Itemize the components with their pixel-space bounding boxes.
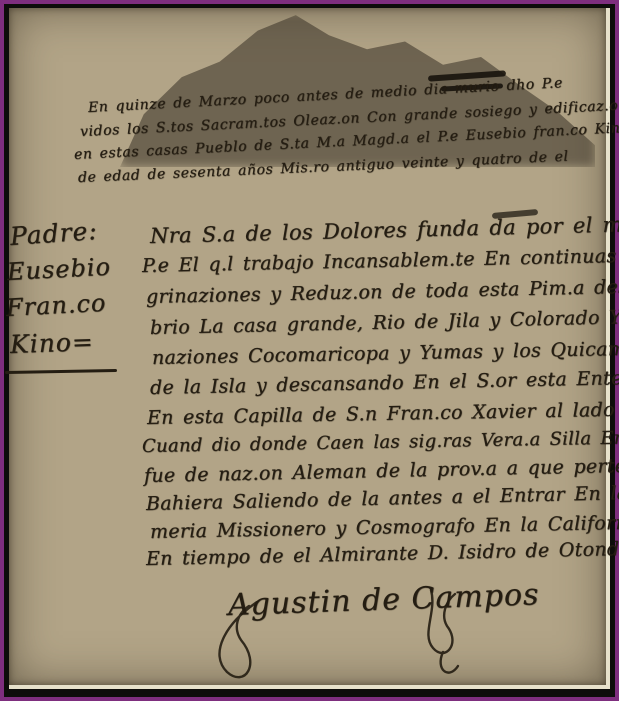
signature-rubric bbox=[195, 582, 485, 700]
margin-note-line: Kino= bbox=[9, 327, 94, 359]
manuscript-photo: En quinze de Marzo poco antes de medio d… bbox=[0, 0, 619, 701]
margin-note-line: Fran.co bbox=[5, 289, 107, 322]
margin-note-line: Eusebio bbox=[6, 253, 111, 286]
margin-note-line: Padre: bbox=[9, 216, 99, 251]
